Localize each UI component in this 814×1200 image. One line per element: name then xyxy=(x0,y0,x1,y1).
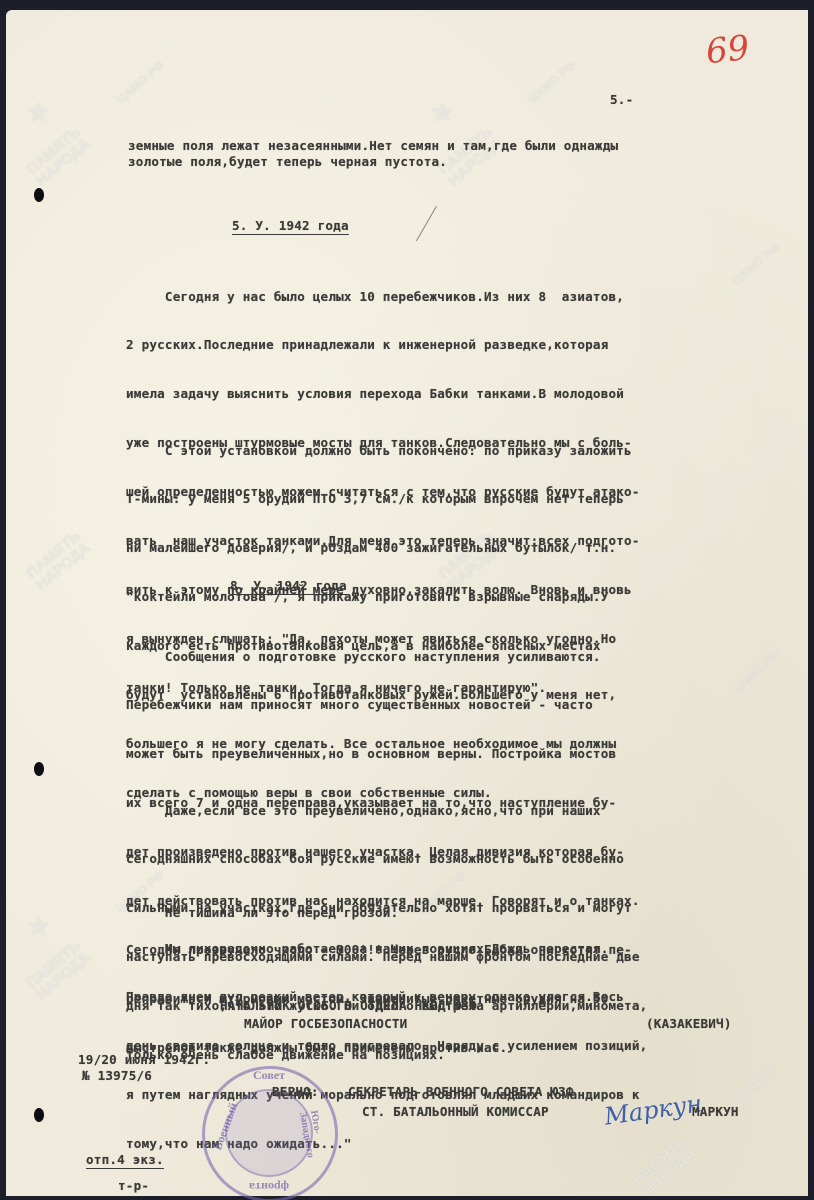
signatory-rank: МАЙОР ГОСБЕЗОПАСНОСТИ xyxy=(244,1016,407,1032)
verno-rank: СТ. БАТАЛЬОННЫЙ КОМИССАР xyxy=(362,1104,549,1120)
document-page: ЦАМО РФ ЦАМО РФ ЦАМО РФ ЦАМО РФ ЦАМО РФ … xyxy=(6,10,808,1196)
watermark-camo: ЦАМО РФ xyxy=(730,649,782,696)
document-number: № 13975/6 xyxy=(82,1068,152,1084)
watermark-camo: ЦАМО РФ xyxy=(114,59,166,106)
watermark-pamyat: ПАМЯТЬНАРОДА xyxy=(24,528,93,593)
typed-page-number: 5.- xyxy=(610,92,633,108)
watermark-pamyat: ПАМЯТЬНАРОДА xyxy=(24,124,93,189)
verno-position: СЕКРЕТАРЬ ВОЕННОГО СОВЕТА ЮЗФ xyxy=(348,1084,574,1100)
signatory-title: НАЧАЛЬНИК ОСОБОГО ОТДЕЛА НКВД ЮЗФ xyxy=(220,998,477,1014)
date-heading: 8. У. 1942 года xyxy=(230,578,347,594)
punch-hole xyxy=(34,1108,44,1122)
typist-mark: т-р- xyxy=(118,1178,149,1194)
punch-hole xyxy=(34,188,44,202)
star-icon: ★ xyxy=(26,910,51,944)
signatory-name: (КАЗАКЕВИЧ) xyxy=(646,1016,732,1032)
document-date: 19/20 июня 1942г. xyxy=(78,1052,210,1068)
punch-hole xyxy=(34,762,44,776)
date-heading: 5. У. 1942 года xyxy=(232,218,349,234)
watermark-camo: ЦАМО РФ xyxy=(526,59,578,106)
watermark-pamyat: ПАМЯТЬНАРОДА xyxy=(24,938,93,1003)
handwritten-page-number: 69 xyxy=(704,28,751,72)
watermark-camo: ЦАМО РФ xyxy=(726,1063,778,1110)
watermark-camo: ЦАМО РФ xyxy=(730,241,782,288)
copies-note: отп.4 экз. xyxy=(86,1152,164,1168)
pencil-mark xyxy=(416,206,437,241)
verno-label: ВЕРНО: xyxy=(272,1084,319,1100)
star-icon: ★ xyxy=(430,96,455,130)
opening-text: земные поля лежат незасеянными.Нет семян… xyxy=(128,138,618,171)
verno-name: МАРКУН xyxy=(692,1104,739,1120)
star-icon: ★ xyxy=(26,96,51,130)
